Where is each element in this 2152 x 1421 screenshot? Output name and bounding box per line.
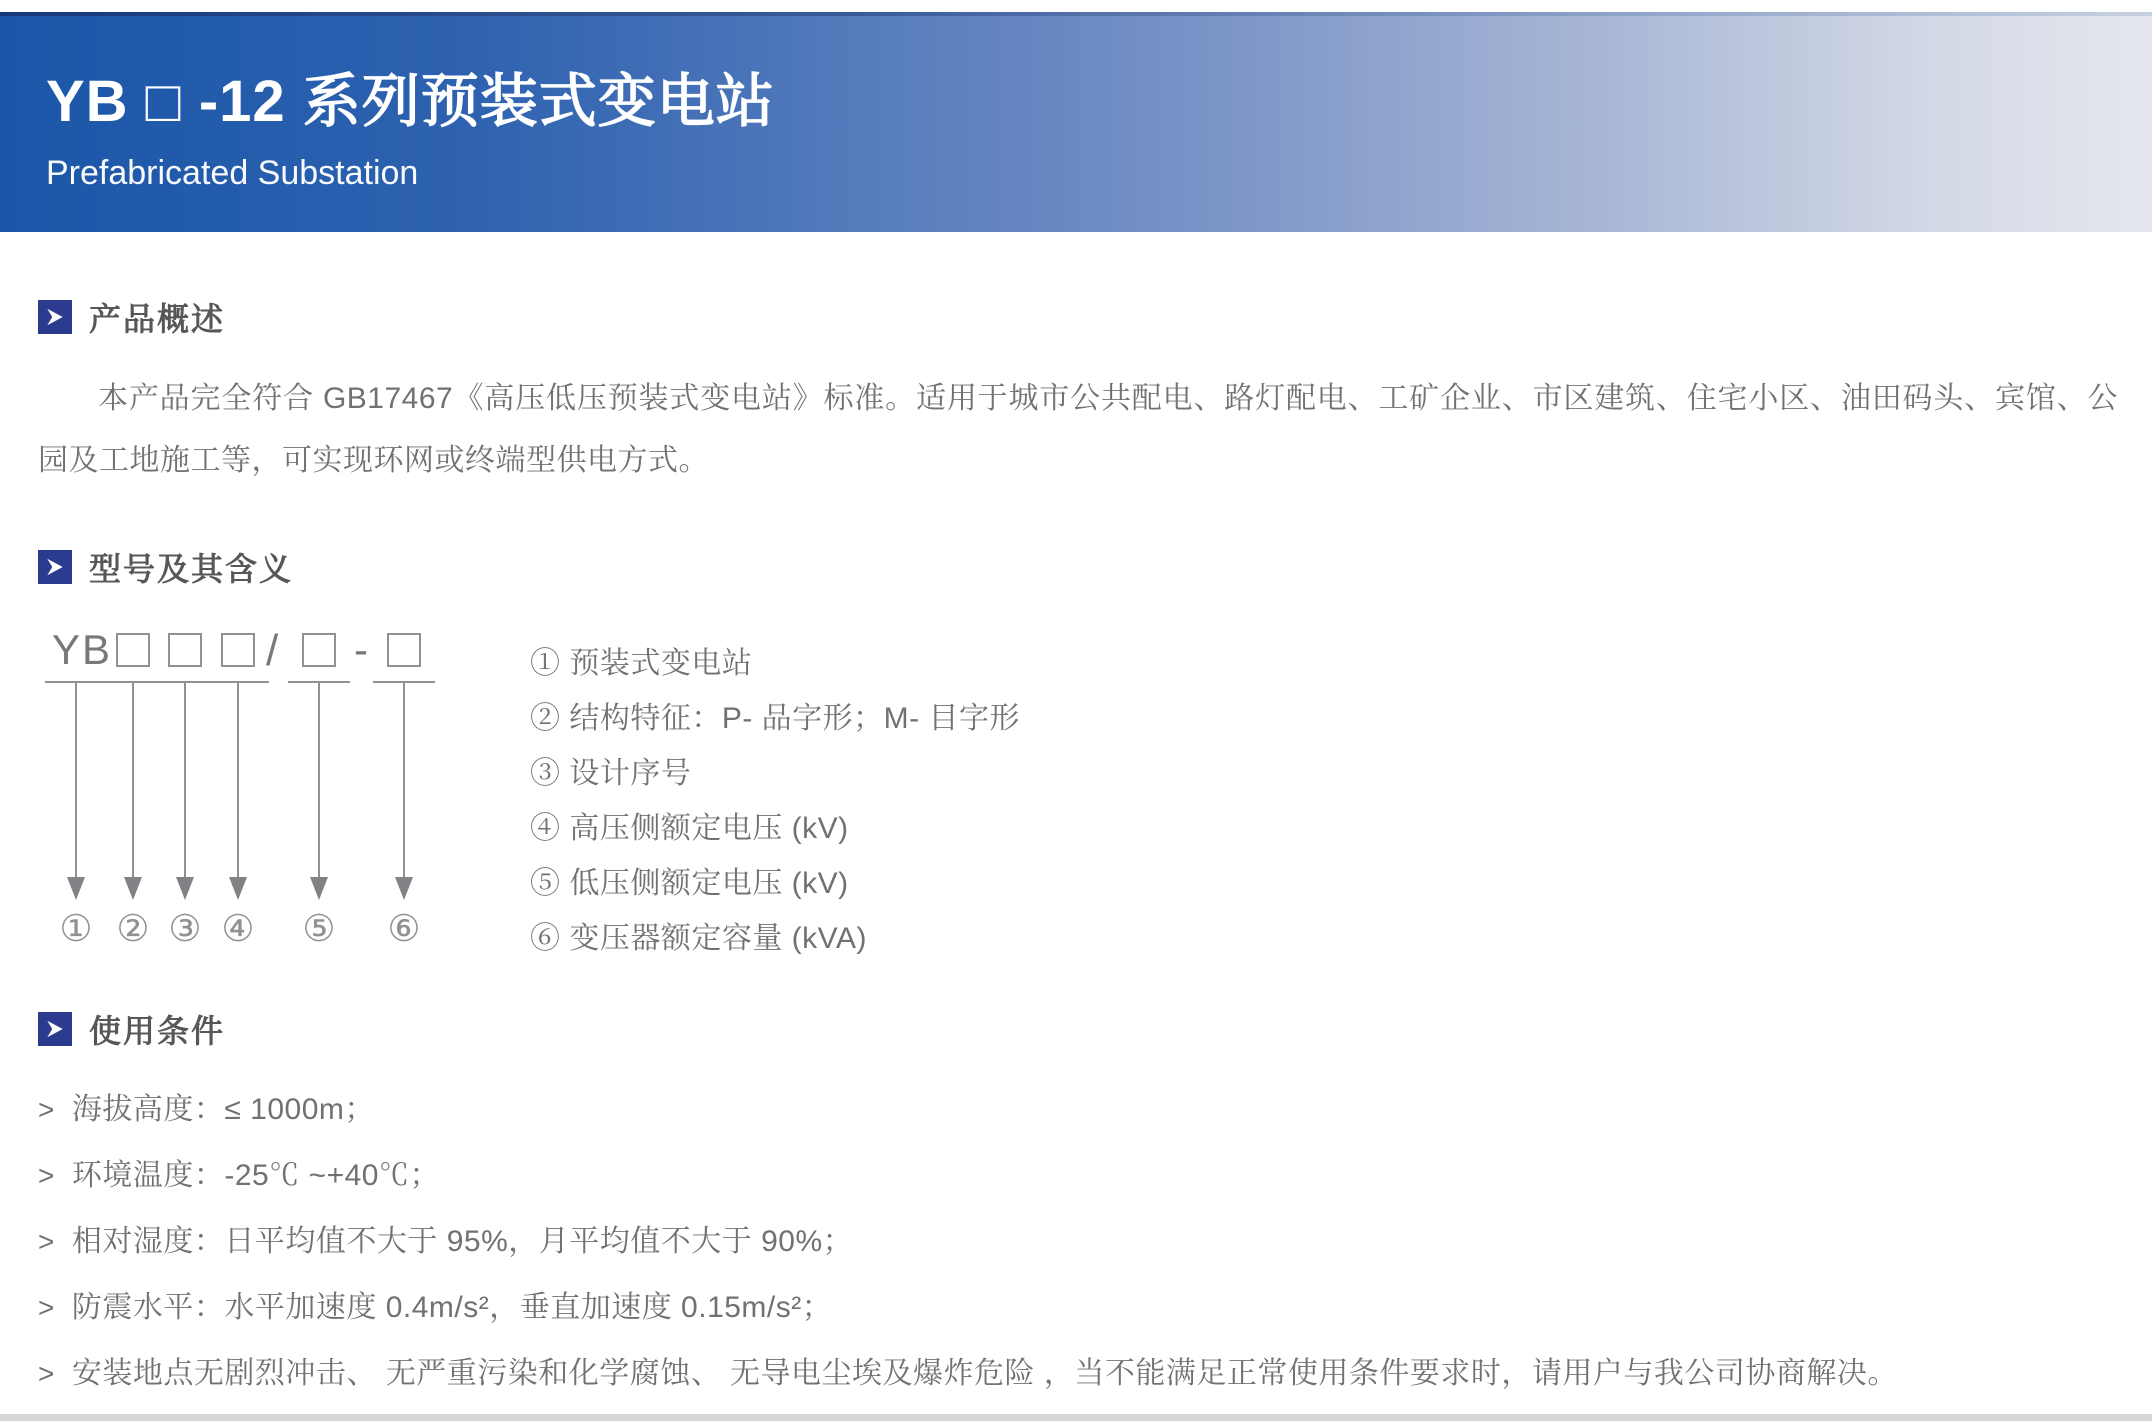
- diagram-stem: [132, 683, 134, 879]
- model-legend: ① 预装式变电站 ② 结构特征：P- 品字形；M- 目字形 ③ 设计序号 ④ 高…: [530, 632, 1020, 962]
- legend-item-2: ② 结构特征：P- 品字形；M- 目字形: [530, 687, 1020, 742]
- condition-item-4: > 防震水平：水平加速度 0.4m/s²，垂直加速度 0.15m/s²；: [38, 1288, 2124, 1328]
- conditions-list: > 海拔高度：≤ 1000m； > 环境温度：-25℃ ~+40℃； > 相对湿…: [38, 1090, 2124, 1394]
- page-bottom-edge: [0, 1414, 2152, 1421]
- arrow-down-icon: [310, 877, 328, 900]
- legend-item-5: ⑤ 低压侧额定电压 (kV): [530, 852, 1020, 907]
- model-diagram: YB / - ① ②: [38, 626, 2124, 962]
- arrow-column-4: ④: [207, 681, 269, 683]
- bullet-marker: >: [38, 1222, 55, 1262]
- condition-text: 相对湿度：日平均值不大于 95%，月平均值不大于 90%；: [72, 1222, 853, 1262]
- condition-text: 防震水平：水平加速度 0.4m/s²，垂直加速度 0.15m/s²；: [72, 1288, 832, 1328]
- page-header: YB □ -12 系列预装式变电站 Prefabricated Substati…: [0, 16, 2152, 232]
- section-conditions-heading: 使用条件: [38, 1006, 2124, 1052]
- arrow-down-icon: [124, 877, 142, 900]
- condition-text: 安装地点无剧烈冲击、 无严重污染和化学腐蚀、 无导电尘埃及爆炸危险 ，当不能满足…: [72, 1354, 1898, 1394]
- legend-item-3: ③ 设计序号: [530, 742, 1020, 797]
- legend-item-4: ④ 高压侧额定电压 (kV): [530, 797, 1020, 852]
- arrow-down-icon: [67, 877, 85, 900]
- condition-item-1: > 海拔高度：≤ 1000m；: [38, 1090, 2124, 1130]
- circled-number-1: ①: [45, 907, 107, 950]
- circled-number-6: ⑥: [373, 907, 435, 950]
- condition-text: 环境温度：-25℃ ~+40℃；: [72, 1156, 440, 1196]
- model-box-1: [116, 633, 150, 667]
- section-model-title: 型号及其含义: [89, 544, 293, 590]
- page-subtitle: Prefabricated Substation: [46, 154, 2152, 193]
- section-conditions-title: 使用条件: [89, 1006, 225, 1052]
- arrow-column-1: ①: [45, 681, 107, 683]
- legend-item-1: ① 预装式变电站: [530, 632, 1020, 687]
- arrow-down-icon: [229, 877, 247, 900]
- model-slash: /: [266, 626, 278, 676]
- diagram-stem: [184, 683, 186, 879]
- model-dash: -: [354, 626, 368, 674]
- bullet-marker: >: [38, 1090, 55, 1130]
- diagram-stem: [318, 683, 320, 879]
- overview-paragraph: 本产品完全符合 GB17467《高压低压预装式变电站》标准。适用于城市公共配电、…: [38, 368, 2124, 492]
- model-box-4: [302, 633, 336, 667]
- diagram-stem: [75, 683, 77, 879]
- section-overview: 产品概述 本产品完全符合 GB17467《高压低压预装式变电站》标准。适用于城市…: [38, 294, 2124, 492]
- section-model: 型号及其含义 YB / - ① ②: [38, 544, 2124, 962]
- page-title: YB □ -12 系列预装式变电站: [46, 54, 2152, 138]
- arrow-down-icon: [395, 877, 413, 900]
- arrow-right-icon: [38, 300, 72, 334]
- condition-text: 海拔高度：≤ 1000m；: [72, 1090, 375, 1130]
- legend-item-6: ⑥ 变压器额定容量 (kVA): [530, 907, 1020, 962]
- condition-item-2: > 环境温度：-25℃ ~+40℃；: [38, 1156, 2124, 1196]
- bullet-marker: >: [38, 1156, 55, 1196]
- arrow-right-icon: [38, 1012, 72, 1046]
- model-prefix: YB: [52, 626, 112, 674]
- bullet-marker: >: [38, 1354, 55, 1394]
- diagram-stem: [237, 683, 239, 879]
- section-model-heading: 型号及其含义: [38, 544, 2124, 590]
- condition-item-5: > 安装地点无剧烈冲击、 无严重污染和化学腐蚀、 无导电尘埃及爆炸危险 ，当不能…: [38, 1354, 2124, 1394]
- circled-number-4: ④: [207, 907, 269, 950]
- section-overview-heading: 产品概述: [38, 294, 2124, 340]
- model-box-2: [168, 633, 202, 667]
- page-content: 产品概述 本产品完全符合 GB17467《高压低压预装式变电站》标准。适用于城市…: [0, 294, 2152, 1394]
- condition-item-3: > 相对湿度：日平均值不大于 95%，月平均值不大于 90%；: [38, 1222, 2124, 1262]
- arrow-column-6: ⑥: [373, 681, 435, 683]
- model-box-5: [387, 633, 421, 667]
- arrow-right-icon: [38, 550, 72, 584]
- model-box-3: [221, 633, 255, 667]
- bullet-marker: >: [38, 1288, 55, 1328]
- arrow-down-icon: [176, 877, 194, 900]
- circled-number-5: ⑤: [288, 907, 350, 950]
- section-conditions: 使用条件 > 海拔高度：≤ 1000m； > 环境温度：-25℃ ~+40℃； …: [38, 1006, 2124, 1394]
- arrow-column-5: ⑤: [288, 681, 350, 683]
- section-overview-title: 产品概述: [89, 294, 225, 340]
- diagram-stem: [403, 683, 405, 879]
